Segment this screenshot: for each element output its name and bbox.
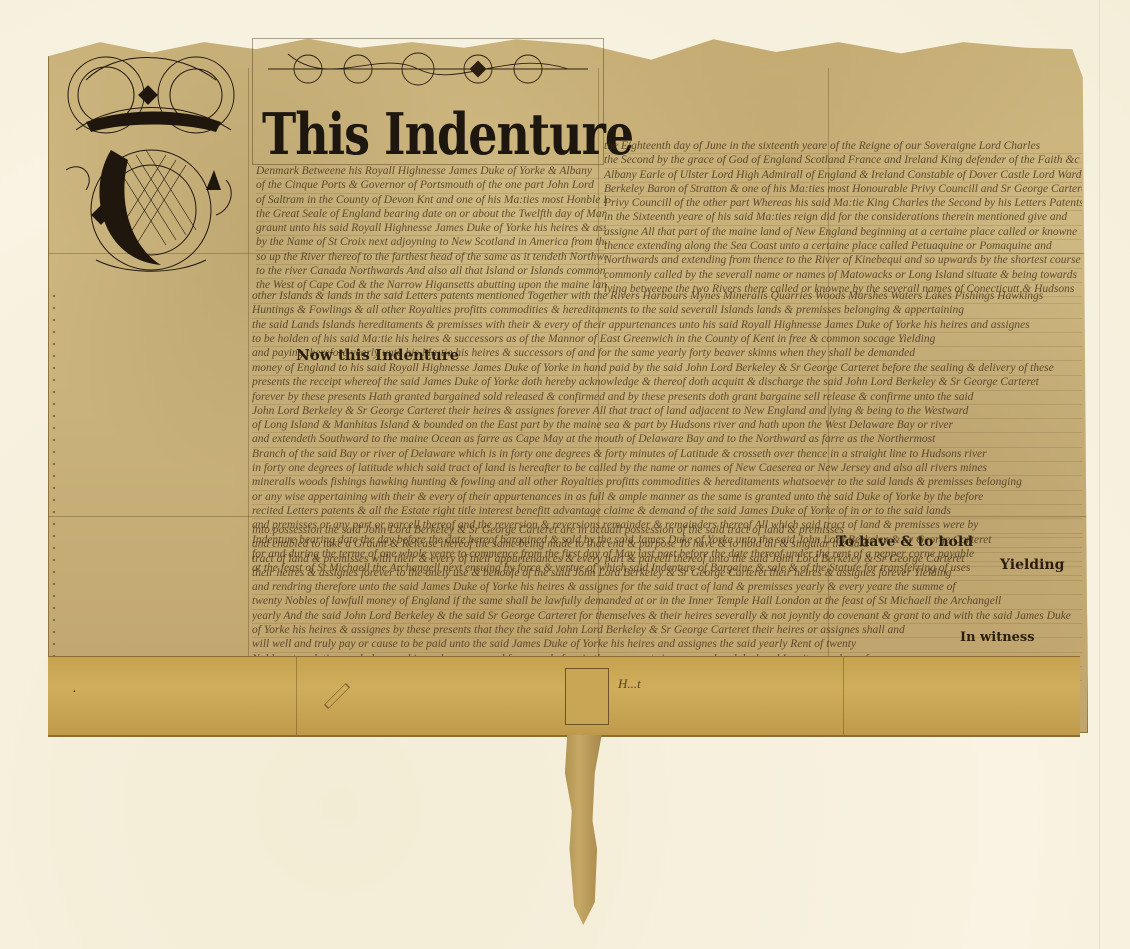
text-line: their heires & assignes forever to the o…	[252, 567, 1082, 581]
left-mark: ·	[72, 685, 77, 701]
text-line: so up the River thereof to the farthest …	[256, 251, 606, 265]
text-line: in forty one degrees of latitude which s…	[252, 462, 1082, 476]
decorated-initial-T-icon	[56, 40, 246, 280]
text-line: Denmark Betweene his Royall Highnesse Ja…	[256, 165, 606, 179]
text-line: Branch of the said Bay or river of Delaw…	[252, 448, 1082, 462]
fold-line	[248, 68, 249, 728]
text-line: thence extending along the Sea Coast unt…	[604, 240, 1082, 254]
heading-yielding: Yielding	[1000, 557, 1064, 573]
mount-board-edge	[1099, 0, 1100, 949]
text-line: Berkeley Baron of Stratton & one of his …	[604, 183, 1082, 197]
text-line: and rendring therefore unto the said Jam…	[252, 581, 1082, 595]
seal-tag-loop	[565, 668, 609, 725]
text-line: tract of land & premisses with their & e…	[252, 553, 1082, 567]
body-text-upper-right: the Eighteenth day of June in the sixtee…	[604, 140, 1082, 297]
text-line: the Eighteenth day of June in the sixtee…	[604, 140, 1082, 154]
text-line: Privy Councill of the other part Whereas…	[604, 197, 1082, 211]
text-line: of Yorke his heires & assignes by these …	[252, 624, 1082, 638]
endorsement-signature: H...t	[618, 676, 641, 692]
text-line: or any wise appertaining with their & ev…	[252, 491, 1082, 505]
fold-line	[296, 657, 297, 735]
text-line: other Islands & lands in the said Letter…	[252, 290, 1082, 304]
plica-turnup: ·	[48, 656, 1080, 737]
heading-to-have-and-to-hold: To have & to hold	[836, 534, 973, 550]
body-text-upper-left: Denmark Betweene his Royall Highnesse Ja…	[256, 165, 606, 294]
text-line: commonly called by the severall name or …	[604, 269, 1082, 283]
text-line: twenty Nobles of lawfull money of Englan…	[252, 595, 1082, 609]
text-line: will well and truly pay or cause to be p…	[252, 638, 1082, 652]
text-line: mineralls woods fishings hawking hunting…	[252, 476, 1082, 490]
text-line: the said Lands Islands hereditaments & p…	[252, 319, 1082, 333]
text-line: assigne All that part of the maine land …	[604, 226, 1082, 240]
text-line: forever by these presents Hath granted b…	[252, 391, 1082, 405]
title-flourish-icon	[268, 44, 588, 94]
text-line: in the Sixteenth yeare of his said Ma:ti…	[604, 211, 1082, 225]
text-line: Albany Earle of Ulster Lord High Admiral…	[604, 169, 1082, 183]
seal-tag-strip	[558, 735, 604, 925]
text-line: presents the receipt whereof the said Ja…	[252, 376, 1082, 390]
text-line: Huntings & Fowlings & all other Royaltie…	[252, 304, 1082, 318]
text-line: by the Name of St Croix next adjoyning t…	[256, 236, 606, 250]
text-line: the Second by the grace of God of Englan…	[604, 154, 1082, 168]
text-line: of the Cinque Ports & Governor of Portsm…	[256, 179, 606, 193]
document-title: This Indenture	[262, 100, 633, 168]
fold-line	[843, 657, 844, 735]
text-line: money of England to his said Royall High…	[252, 362, 1082, 376]
text-line: graunt unto his said Royall Highnesse Ja…	[256, 222, 606, 236]
text-line: and extendeth Southward to the maine Oce…	[252, 433, 1082, 447]
text-line: recited Letters patents & all the Estate…	[252, 505, 1082, 519]
text-line: John Lord Berkeley & Sr George Carteret …	[252, 405, 1082, 419]
text-line: of Long Island & Manhitas Island & bound…	[252, 419, 1082, 433]
text-line: to the river Canada Northwards And also …	[256, 265, 606, 279]
text-line: of Saltram in the County of Devon Knt an…	[256, 194, 606, 208]
text-line: Northwards and extending from thence to …	[604, 254, 1082, 268]
text-line: the Great Seale of England bearing date …	[256, 208, 606, 222]
seal-slit	[324, 683, 350, 709]
heading-in-witness: In witness	[960, 630, 1035, 645]
text-line: yearly And the said John Lord Berkeley &…	[252, 610, 1082, 624]
